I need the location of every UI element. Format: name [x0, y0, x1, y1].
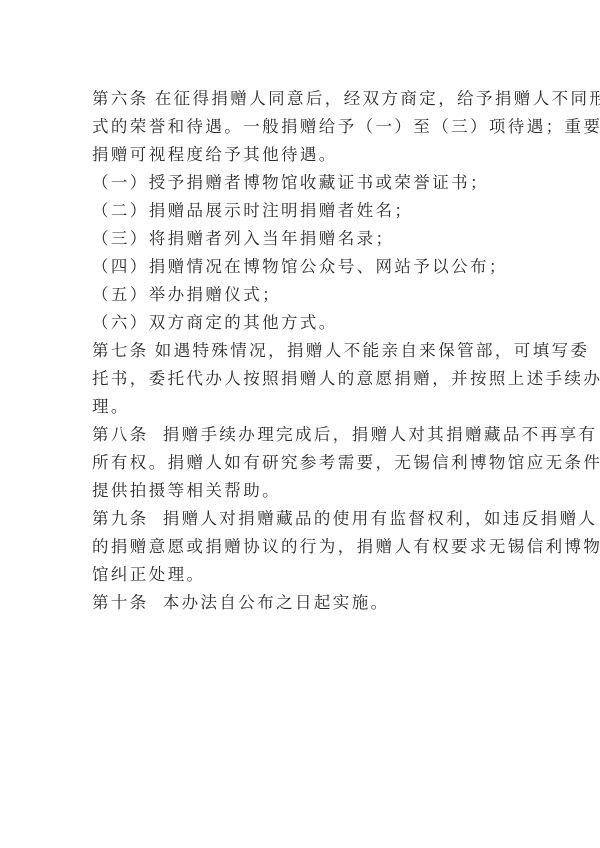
article-8-text: 捐赠手续办理完成后，捐赠人对其捐赠藏品不再享有 — [163, 425, 598, 444]
article-6-item-3: （三）将捐赠者列入当年捐赠名录； — [92, 225, 512, 253]
article-9-line-2: 的捐赠意愿或捐赠协议的行为，捐赠人有权要求无锡信利博物 — [92, 533, 512, 561]
article-10-text: 本办法自公布之日起实施。 — [163, 593, 390, 612]
article-6-line-3: 捐赠可视程度给予其他待遇。 — [92, 141, 512, 169]
article-10-line-1: 第十条本办法自公布之日起实施。 — [92, 589, 512, 617]
article-7-line-2: 托书，委托代办人按照捐赠人的意愿捐赠，并按照上述手续办 — [92, 365, 512, 393]
article-9-label: 第九条 — [92, 509, 149, 528]
article-8-line-1: 第八条捐赠手续办理完成后，捐赠人对其捐赠藏品不再享有 — [92, 421, 512, 449]
article-6-label: 第六条 — [92, 89, 149, 108]
article-9-text: 捐赠人对捐赠藏品的使用有监督权利，如违反捐赠人 — [163, 509, 598, 528]
article-6-item-6: （六）双方商定的其他方式。 — [92, 309, 512, 337]
article-9-line-1: 第九条捐赠人对捐赠藏品的使用有监督权利，如违反捐赠人 — [92, 505, 512, 533]
article-6-item-5: （五）举办捐赠仪式； — [92, 281, 512, 309]
article-7-label: 第七条 — [92, 341, 149, 360]
article-7-text: 如遇特殊情况，捐赠人不能亲自来保管部，可填写委 — [155, 341, 590, 360]
article-10-label: 第十条 — [92, 593, 149, 612]
article-9-line-3: 馆纠正处理。 — [92, 561, 512, 589]
article-6-line-1: 第六条在征得捐赠人同意后，经双方商定，给予捐赠人不同形 — [92, 85, 512, 113]
article-8-line-2: 所有权。捐赠人如有研究参考需要，无锡信利博物馆应无条件 — [92, 449, 512, 477]
article-7-line-3: 理。 — [92, 393, 512, 421]
article-8-line-3: 提供拍摄等相关帮助。 — [92, 477, 512, 505]
article-6-item-4: （四）捐赠情况在博物馆公众号、网站予以公布； — [92, 253, 512, 281]
article-6-text: 在征得捐赠人同意后，经双方商定，给予捐赠人不同形 — [155, 89, 600, 108]
document-page: 第六条在征得捐赠人同意后，经双方商定，给予捐赠人不同形 式的荣誉和待遇。一般捐赠… — [92, 85, 512, 617]
article-6-line-2: 式的荣誉和待遇。一般捐赠给予（一）至（三）项待遇；重要 — [92, 113, 512, 141]
article-6-item-1: （一）授予捐赠者博物馆收藏证书或荣誉证书； — [92, 169, 512, 197]
article-7-line-1: 第七条如遇特殊情况，捐赠人不能亲自来保管部，可填写委 — [92, 337, 512, 365]
article-8-label: 第八条 — [92, 425, 149, 444]
article-6-item-2: （二）捐赠品展示时注明捐赠者姓名； — [92, 197, 512, 225]
